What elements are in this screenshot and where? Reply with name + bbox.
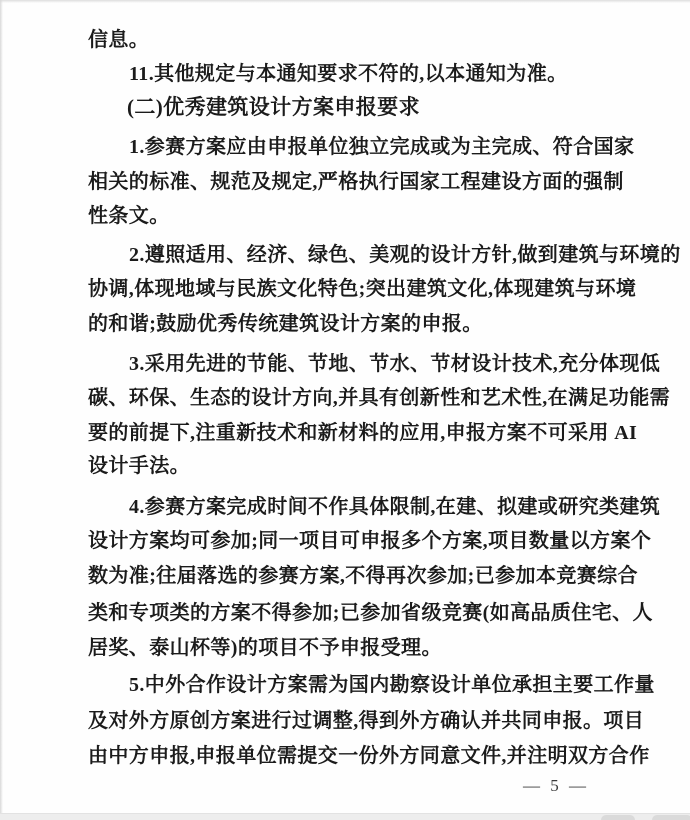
text-line: 4.参赛方案完成时间不作具体限制,在建、拟建或研究类建筑	[129, 490, 660, 519]
text-line: 信息。	[88, 23, 149, 52]
text-line: 1.参赛方案应由申报单位独立完成或为主完成、符合国家	[129, 130, 634, 159]
viewer-bottom-bar	[0, 813, 690, 820]
section-heading: (二)优秀建筑设计方案申报要求	[127, 91, 420, 121]
text-line: 要的前提下,注重新技术和新材料的应用,申报方案不可采用 AI	[88, 416, 637, 445]
text-line: 及对外方原创方案进行过调整,得到外方确认并共同申报。项目	[88, 704, 644, 733]
text-line: 性条文。	[88, 199, 170, 228]
text-line: 由中方申报,申报单位需提交一份外方同意文件,并注明双方合作	[88, 739, 650, 768]
text-line: 碳、环保、生态的设计方向,并具有创新性和艺术性,在满足功能需	[88, 381, 670, 410]
cutoff-button	[601, 815, 635, 820]
page-top-edge	[0, 0, 690, 3]
text-line: 5.中外合作设计方案需为国内勘察设计单位承担主要工作量	[129, 668, 655, 697]
document-page: 信息。 11.其他规定与本通知要求不符的,以本通知为准。 (二)优秀建筑设计方案…	[0, 0, 690, 820]
text-line: 设计手法。	[88, 449, 190, 478]
page-number: — 5 —	[523, 776, 589, 796]
page-left-edge	[0, 0, 3, 820]
text-line: 2.遵照适用、经济、绿色、美观的设计方针,做到建筑与环境的	[129, 238, 681, 267]
text-line: 3.采用先进的节能、节地、节水、节材设计技术,充分体现低	[129, 347, 660, 376]
text-line: 数为准;往届落选的参赛方案,不得再次参加;已参加本竞赛综合	[88, 559, 638, 588]
cutoff-button	[652, 815, 690, 820]
text-line: 类和专项类的方案不得参加;已参加省级竞赛(如高品质住宅、人	[88, 596, 653, 625]
text-line: 的和谐;鼓励优秀传统建筑设计方案的申报。	[88, 307, 483, 336]
text-line: 居奖、泰山杯等)的项目不予申报受理。	[88, 631, 442, 660]
text-line: 相关的标准、规范及规定,严格执行国家工程建设方面的强制	[88, 165, 624, 194]
text-line: 11.其他规定与本通知要求不符的,以本通知为准。	[129, 57, 568, 86]
text-line: 协调,体现地域与民族文化特色;突出建筑文化,体现建筑与环境	[88, 272, 636, 301]
text-line: 设计方案均可参加;同一项目可申报多个方案,项目数量以方案个	[88, 524, 651, 553]
